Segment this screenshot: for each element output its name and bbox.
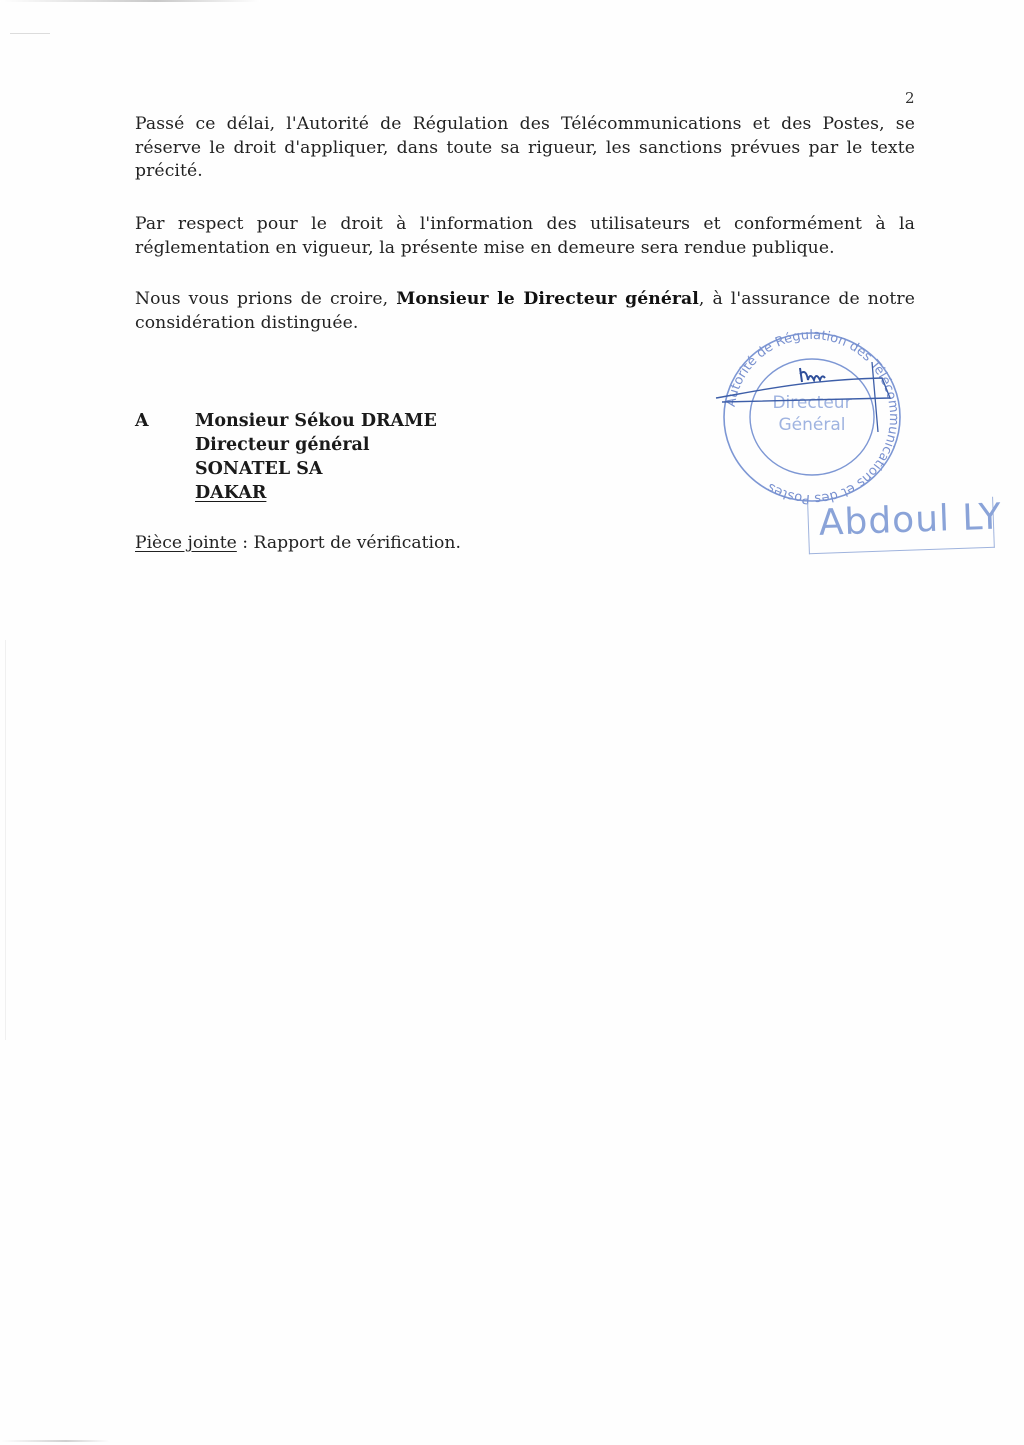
page-number: 2 — [905, 89, 915, 107]
scan-artifact-left — [5, 640, 6, 1040]
paragraph-sanctions: Passé ce délai, l'Autorité de Régulation… — [135, 113, 915, 184]
attachment-value: Rapport de vérification. — [254, 533, 461, 553]
official-seal-stamp: Autorité de Régulation des Télécommunica… — [712, 322, 912, 512]
seal-center-line-2: Général — [779, 415, 846, 435]
scan-artifact-top — [0, 0, 260, 2]
scan-artifact-bottom — [0, 1440, 110, 1442]
attachment-separator: : — [237, 533, 254, 553]
scan-artifact-mark — [10, 33, 50, 34]
attachment-label: Pièce jointe — [135, 533, 237, 553]
signatory-name: Abdoul LY — [818, 496, 1002, 543]
signatory-name-stamp: Abdoul LY — [807, 497, 995, 554]
seal-icon: Autorité de Régulation des Télécommunica… — [712, 322, 912, 512]
recipient-title: Directeur général — [195, 433, 437, 457]
recipient-name: Monsieur Sékou DRAME — [195, 409, 437, 433]
closing-text-bold: Monsieur le Directeur général — [396, 289, 699, 309]
paragraph-publication: Par respect pour le droit à l'informatio… — [135, 213, 915, 260]
document-page: 2 Passé ce délai, l'Autorité de Régulati… — [0, 0, 1024, 1445]
recipient-address: Monsieur Sékou DRAME Directeur général S… — [195, 409, 437, 505]
seal-center-line-1: Directeur — [772, 393, 851, 413]
recipient-city: DAKAR — [195, 483, 266, 503]
recipient-company: SONATEL SA — [195, 457, 437, 481]
closing-text-before: Nous vous prions de croire, — [135, 289, 396, 309]
attachment-line: Pièce jointe : Rapport de vérification. — [135, 533, 461, 553]
recipient-prefix: A — [135, 409, 149, 433]
signature-initials — [800, 368, 825, 382]
